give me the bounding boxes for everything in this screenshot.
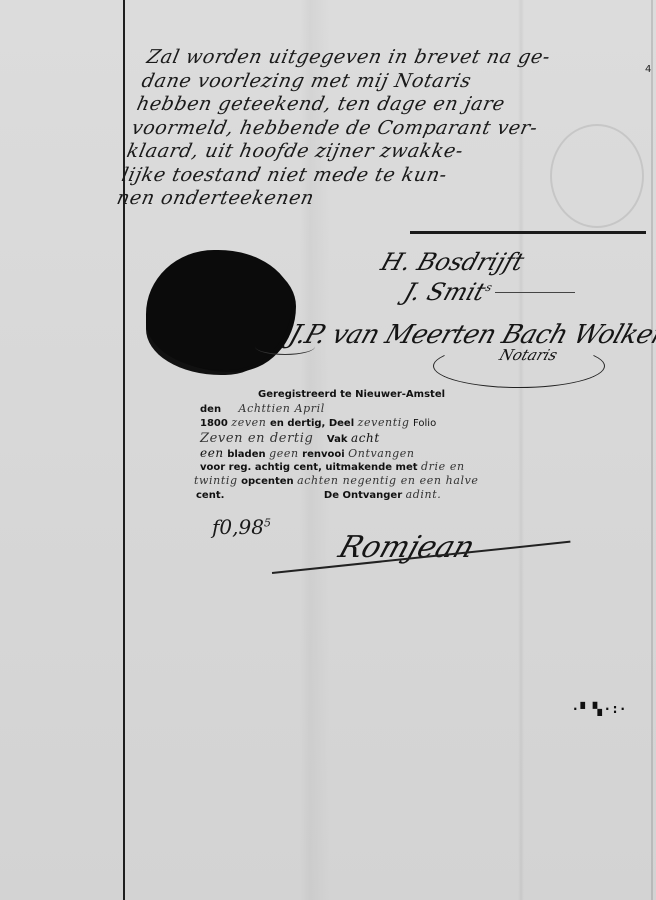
registration-header: Geregistreerd te Nieuwer-Amstel	[258, 388, 445, 402]
handwritten-ontvangen: Ontvangen	[348, 447, 414, 460]
signature-notary: J.P. van Meerten Bach Wolkers	[285, 320, 656, 350]
body-line: klaard, uit hoofde zijner zwakke-	[125, 140, 646, 164]
fee-sup: 5	[264, 516, 271, 529]
registration-line-6: voor reg. achtig cent, uitmakende met dr…	[200, 460, 465, 475]
signature-underline	[495, 292, 575, 293]
printed-vak: Vak	[327, 434, 348, 445]
registration-line-4: Zeven en dertig Vak acht	[200, 431, 380, 447]
handwritten-adint: adint.	[406, 488, 442, 501]
page-edge	[651, 0, 653, 900]
handwritten-een: een	[200, 446, 224, 460]
registration-line-2: den Achttien April	[200, 402, 325, 417]
document-page: 4 Zal worden uitgegeven in brevet na ge-…	[0, 0, 656, 900]
printed-deel: en dertig, Deel	[270, 418, 354, 429]
deed-body-text: Zal worden uitgegeven in brevet na ge- d…	[115, 46, 656, 211]
printed-den: den	[200, 404, 221, 415]
printed-renvooi: renvooi	[302, 449, 345, 460]
fee-amount: f0,985	[212, 515, 271, 539]
receiver-label: De Ontvanger	[324, 490, 402, 501]
handwritten-deel: zeventig	[358, 416, 410, 429]
handwritten-date: Achttien April	[239, 402, 325, 415]
receiver-signature: Romjean	[334, 530, 479, 565]
end-of-text-rule	[410, 231, 646, 234]
signature-bosdrijft: H. Bosdrijft	[377, 248, 527, 276]
printed-bladen: bladen	[227, 449, 265, 460]
body-line: hebben geteekend, ten dage en jare	[134, 93, 655, 117]
printed-fee-text: voor reg. achtig cent, uitmakende met	[200, 462, 418, 473]
printed-opcenten: opcenten	[241, 476, 294, 487]
printed-cent: cent.	[196, 490, 224, 501]
handwritten-year-fill: zeven	[231, 416, 266, 429]
registration-line-3: 1800 zeven en dertig, Deel zeventig Foli…	[200, 416, 436, 431]
printed-year: 1800	[200, 418, 228, 429]
notary-title: Notaris	[497, 346, 560, 364]
registration-line-7: twintig opcenten achten negentig en een …	[194, 474, 479, 489]
handwritten-folio: Zeven en dertig	[200, 431, 313, 446]
handwritten-opcenten-count: drie en	[421, 460, 465, 473]
printed-folio: Folio	[413, 418, 436, 429]
handwritten-twintig: twintig	[194, 474, 238, 487]
handwritten-total: achten negentig en een halve	[297, 474, 478, 487]
fee-value: 0,98	[219, 515, 264, 539]
body-line: lijke toestand niet mede te kun-	[120, 164, 641, 188]
registration-line-8: cent. De Ontvanger adint.	[196, 488, 441, 503]
ink-blot-icon: ·▘▚·:·	[573, 702, 628, 716]
body-line: nen onderteekenen	[115, 187, 636, 211]
signature-smit-text: J. Smit	[400, 278, 489, 306]
handwritten-geen: geen	[269, 447, 299, 460]
body-line: dane voorlezing met mij Notaris	[139, 70, 656, 94]
margin-line	[123, 0, 125, 900]
handwritten-vak: acht	[351, 431, 380, 445]
body-line: Zal worden uitgegeven in brevet na ge-	[144, 46, 656, 70]
signature-smit: J. Smits	[400, 278, 494, 306]
body-line: voormeld, hebbende de Comparant ver-	[130, 117, 651, 141]
